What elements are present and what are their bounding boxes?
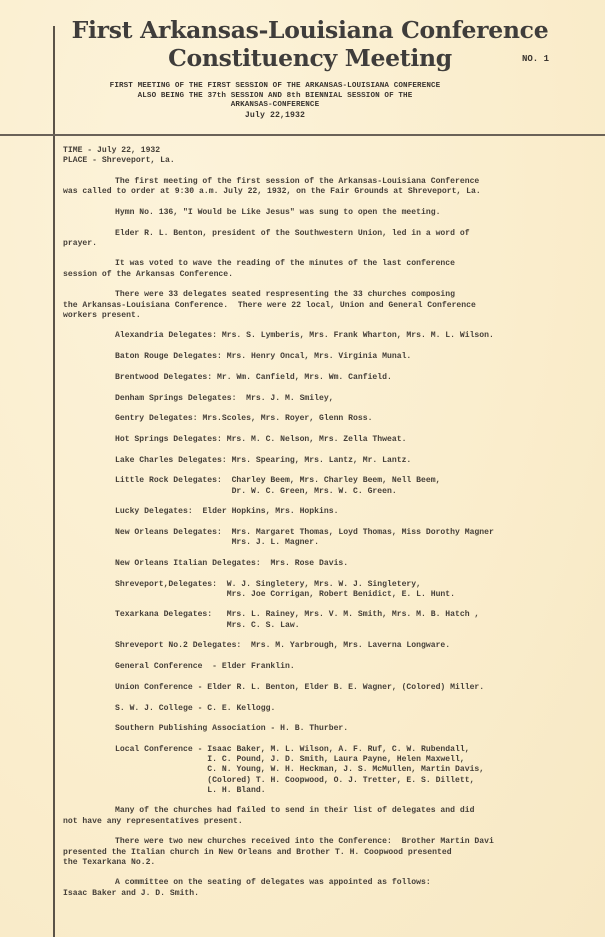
delegate-line: Mrs. J. M. Smiley, [246,394,333,404]
paragraph-opening: The first meeting of the first session o… [63,177,603,197]
delegation-label: S. W. J. College - [115,704,207,714]
delegation-names: Mrs. Rose Davis. [270,559,348,569]
delegate-line: Dr. W. C. Green, Mrs. W. C. Green. [232,487,441,497]
document-number: NO. 1 [522,54,549,64]
delegation-label: Hot Springs Delegates: [115,435,227,445]
delegation-entry: Lucky Delegates: Elder Hopkins, Mrs. Hop… [63,507,603,517]
delegation-names: Elder Franklin. [222,662,295,672]
delegate-line: Mrs. M. C. Nelson, Mrs. Zella Thweat. [227,435,407,445]
delegation-entry: Union Conference - Elder R. L. Benton, E… [63,683,603,693]
delegation-names: Mrs. J. M. Smiley, [246,394,333,404]
paragraph-prayer: Elder R. L. Benton, president of the Sou… [63,229,603,249]
minutes-body: TIME - July 22, 1932 PLACE - Shreveport,… [63,146,603,899]
delegation-label: Lake Charles Delegates: [115,456,232,466]
delegation-entry: Texarkana Delegates: Mrs. L. Rainey, Mrs… [63,610,603,630]
paragraph-committee: A committee on the seating of delegates … [63,878,603,898]
meeting-time: TIME - July 22, 1932 [63,146,603,156]
delegation-entry: Baton Rouge Delegates: Mrs. Henry Oncal,… [63,352,603,362]
paragraph-line: There were two new churches received int… [63,837,603,847]
delegation-label: Little Rock Delegates: [115,476,232,496]
delegate-line: Mrs. Margaret Thomas, Loyd Thomas, Miss … [232,528,494,538]
paragraph-hymn: Hymn No. 136, "I Would be Like Jesus" wa… [63,208,603,218]
delegation-label: Southern Publishing Association - [115,724,280,734]
delegate-line: Mrs. Spearing, Mrs. Lantz, Mr. Lantz. [232,456,412,466]
paragraph-line: the Arkansas-Louisiana Conference. There… [63,301,603,311]
paragraph-line: Isaac Baker and J. D. Smith. [63,889,603,899]
delegate-line: Mrs. M. Yarbrough, Mrs. Laverna Longware… [251,641,450,651]
delegation-names: C. E. Kellogg. [207,704,275,714]
subhead-line: FIRST MEETING OF THE FIRST SESSION OF TH… [60,82,490,92]
delegation-names: Mrs.Scoles, Mrs. Royer, Glenn Ross. [202,414,372,424]
delegation-entry: General Conference - Elder Franklin. [63,662,603,672]
delegation-names: Mrs. M. Yarbrough, Mrs. Laverna Longware… [251,641,450,651]
subhead-line: ARKANSAS-CONFERENCE [60,101,490,111]
delegation-entry: S. W. J. College - C. E. Kellogg. [63,704,603,714]
delegation-names: Elder R. L. Benton, Elder B. E. Wagner, … [207,683,484,693]
delegation-names: Mrs. M. C. Nelson, Mrs. Zella Thweat. [227,435,407,445]
session-subheading: FIRST MEETING OF THE FIRST SESSION OF TH… [60,82,490,120]
delegation-label: Gentry Delegates: [115,414,202,424]
paragraph-line: Elder R. L. Benton, president of the Sou… [63,229,603,239]
delegate-line: Elder Franklin. [222,662,295,672]
delegate-line: L. H. Bland. [207,786,484,796]
delegate-line: Mrs. S. Lymberis, Mrs. Frank Wharton, Mr… [222,331,494,341]
document-title: First Arkansas-Louisiana Conference Cons… [60,16,560,72]
delegation-label: Union Conference - [115,683,207,693]
subhead-date: July 22,1932 [60,111,490,121]
paragraph-failed: Many of the churches had failed to send … [63,806,603,826]
delegate-line: (Colored) T. H. Coopwood, O. J. Tretter,… [207,776,484,786]
delegation-names: H. B. Thurber. [280,724,348,734]
header-rule [0,134,605,136]
delegation-label: New Orleans Italian Delegates: [115,559,270,569]
delegation-label: Brentwood Delegates: [115,373,217,383]
delegation-names: Mr. Wm. Canfield, Mrs. Wm. Canfield. [217,373,392,383]
paragraph-line: the Texarkana No.2. [63,858,603,868]
delegation-names: Mrs. Margaret Thomas, Loyd Thomas, Miss … [232,528,494,548]
paragraph-delegates: There were 33 delegates seated respresen… [63,290,603,321]
delegate-line: Mrs. Rose Davis. [270,559,348,569]
delegation-names: Mrs. Henry Oncal, Mrs. Virginia Munal. [227,352,412,362]
delegation-entry: Hot Springs Delegates: Mrs. M. C. Nelson… [63,435,603,445]
paragraph-line: A committee on the seating of delegates … [63,878,603,888]
delegation-label: New Orleans Delegates: [115,528,232,548]
delegate-line: Elder R. L. Benton, Elder B. E. Wagner, … [207,683,484,693]
delegate-line: Mrs. Henry Oncal, Mrs. Virginia Munal. [227,352,412,362]
delegation-names: W. J. Singletery, Mrs. W. J. Singletery,… [227,580,455,600]
delegation-entry: Little Rock Delegates: Charley Beem, Mrs… [63,476,603,496]
paragraph-new-churches: There were two new churches received int… [63,837,603,868]
delegation-label: Lucky Delegates: [115,507,202,517]
delegation-label: Baton Rouge Delegates: [115,352,227,362]
paragraph-line: was called to order at 9:30 a.m. July 22… [63,187,603,197]
delegation-label: Shreveport No.2 Delegates: [115,641,251,651]
delegate-line: Isaac Baker, M. L. Wilson, A. F. Ruf, C.… [207,745,484,755]
delegation-entry: Southern Publishing Association - H. B. … [63,724,603,734]
delegation-entry: New Orleans Delegates: Mrs. Margaret Tho… [63,528,603,548]
delegation-entry: Brentwood Delegates: Mr. Wm. Canfield, M… [63,373,603,383]
delegate-line: Mrs. Joe Corrigan, Robert Benidict, E. L… [227,590,455,600]
delegate-line: C. N. Young, W. H. Heckman, J. S. McMull… [207,765,484,775]
delegate-line: Mrs. L. Rainey, Mrs. V. M. Smith, Mrs. M… [227,610,480,620]
delegation-entry: Denham Springs Delegates: Mrs. J. M. Smi… [63,394,603,404]
delegation-entry: Lake Charles Delegates: Mrs. Spearing, M… [63,456,603,466]
delegation-entry: Gentry Delegates: Mrs.Scoles, Mrs. Royer… [63,414,603,424]
paragraph-line: session of the Arkansas Conference. [63,270,603,280]
delegate-line: C. E. Kellogg. [207,704,275,714]
delegation-names: Mrs. L. Rainey, Mrs. V. M. Smith, Mrs. M… [227,610,480,630]
paragraph-line: It was voted to wave the reading of the … [63,259,603,269]
delegation-entry: Local Conference - Isaac Baker, M. L. Wi… [63,745,603,796]
delegate-line: H. B. Thurber. [280,724,348,734]
delegate-line: W. J. Singletery, Mrs. W. J. Singletery, [227,580,455,590]
delegation-label: General Conference - [115,662,222,672]
margin-rule-vertical [53,26,55,937]
delegation-names: Charley Beem, Mrs. Charley Beem, Nell Be… [232,476,441,496]
delegation-label: Denham Springs Delegates: [115,394,246,404]
delegation-label: Texarkana Delegates: [115,610,227,630]
title-line-2: Constituency Meeting [60,44,560,72]
delegation-names: Elder Hopkins, Mrs. Hopkins. [202,507,338,517]
subhead-line: ALSO BEING THE 37th SESSION AND 8th BIEN… [60,92,490,102]
paragraph-line: workers present. [63,311,603,321]
paragraph-line: prayer. [63,239,603,249]
delegation-entry: New Orleans Italian Delegates: Mrs. Rose… [63,559,603,569]
delegate-line: Mrs. J. L. Magner. [232,538,494,548]
paragraph-line: presented the Italian church in New Orle… [63,848,603,858]
paragraph-line: The first meeting of the first session o… [63,177,603,187]
delegate-line: Mrs. C. S. Law. [227,621,480,631]
delegate-line: Mrs.Scoles, Mrs. Royer, Glenn Ross. [202,414,372,424]
delegation-entry: Alexandria Delegates: Mrs. S. Lymberis, … [63,331,603,341]
delegation-label: Alexandria Delegates: [115,331,222,341]
delegation-entry: Shreveport,Delegates: W. J. Singletery, … [63,580,603,600]
delegation-names: Mrs. Spearing, Mrs. Lantz, Mr. Lantz. [232,456,412,466]
delegation-label: Shreveport,Delegates: [115,580,227,600]
paragraph-line: Many of the churches had failed to send … [63,806,603,816]
paragraph-minutes: It was voted to wave the reading of the … [63,259,603,279]
title-line-1: First Arkansas-Louisiana Conference [60,16,560,44]
delegation-names: Mrs. S. Lymberis, Mrs. Frank Wharton, Mr… [222,331,494,341]
delegate-line: Elder Hopkins, Mrs. Hopkins. [202,507,338,517]
delegation-entry: Shreveport No.2 Delegates: Mrs. M. Yarbr… [63,641,603,651]
meeting-place: PLACE - Shreveport, La. [63,156,603,166]
paragraph-line: not have any representatives present. [63,817,603,827]
delegation-list: Alexandria Delegates: Mrs. S. Lymberis, … [63,331,603,806]
delegation-names: Isaac Baker, M. L. Wilson, A. F. Ruf, C.… [207,745,484,796]
delegate-line: Mr. Wm. Canfield, Mrs. Wm. Canfield. [217,373,392,383]
delegate-line: Charley Beem, Mrs. Charley Beem, Nell Be… [232,476,441,486]
delegate-line: I. C. Pound, J. D. Smith, Laura Payne, H… [207,755,484,765]
paragraph-line: There were 33 delegates seated respresen… [63,290,603,300]
delegation-label: Local Conference - [115,745,207,796]
